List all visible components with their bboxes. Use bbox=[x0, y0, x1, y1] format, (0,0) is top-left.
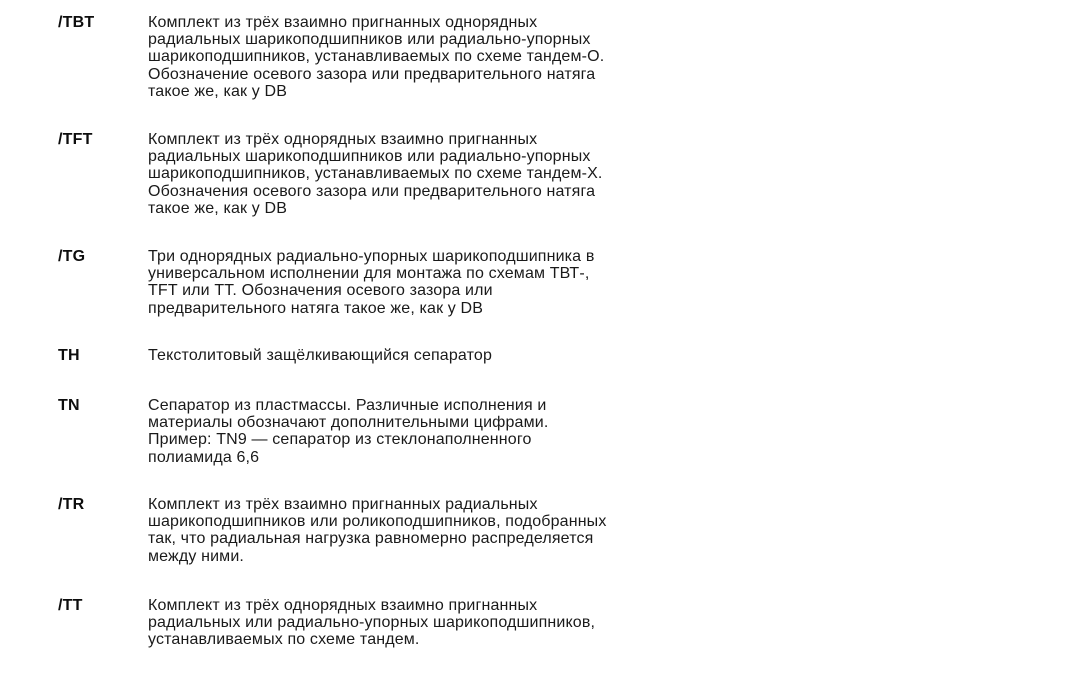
description-line: такое же, как у DB bbox=[148, 200, 728, 217]
designation-code: /TR bbox=[58, 496, 84, 513]
description-line: универсальном исполнении для монтажа по … bbox=[148, 265, 728, 282]
description-line: полиамида 6,6 bbox=[148, 449, 728, 466]
designation-code: /TFT bbox=[58, 131, 93, 148]
description-line: такое же, как у DB bbox=[148, 83, 728, 100]
designation-code: TH bbox=[58, 347, 80, 364]
description-line: так, что радиальная нагрузка равномерно … bbox=[148, 530, 728, 547]
description-line: материалы обозначают дополнительными циф… bbox=[148, 414, 728, 431]
description-line: Комплект из трёх однорядных взаимно приг… bbox=[148, 597, 728, 614]
description-line: Обозначения осевого зазора или предварит… bbox=[148, 183, 728, 200]
designation-code: /TT bbox=[58, 597, 83, 614]
description-line: Три однорядных радиально-упорных шарикоп… bbox=[148, 248, 728, 265]
description-line: Пример: TN9 — сепаратор из стеклонаполне… bbox=[148, 431, 728, 448]
designation-code: /TG bbox=[58, 248, 85, 265]
designation-description: Комплект из трёх однорядных взаимно приг… bbox=[148, 597, 728, 649]
designation-description: Текстолитовый защёлкивающийся сепаратор bbox=[148, 347, 728, 364]
description-line: шарикоподшипников, устанавливаемых по сх… bbox=[148, 48, 728, 65]
description-line: Комплект из трёх взаимно пригнанных одно… bbox=[148, 14, 728, 31]
designation-description: Сепаратор из пластмассы. Различные испол… bbox=[148, 397, 728, 466]
description-line: Обозначение осевого зазора или предварит… bbox=[148, 66, 728, 83]
description-line: радиальных шарикоподшипников или радиаль… bbox=[148, 148, 728, 165]
designation-description: Три однорядных радиально-упорных шарикоп… bbox=[148, 248, 728, 317]
designation-description: Комплект из трёх взаимно пригнанных одно… bbox=[148, 14, 728, 100]
description-line: шарикоподшипников или роликоподшипников,… bbox=[148, 513, 728, 530]
description-line: Сепаратор из пластмассы. Различные испол… bbox=[148, 397, 728, 414]
designation-description: Комплект из трёх взаимно пригнанных ради… bbox=[148, 496, 728, 565]
designation-code: /TBT bbox=[58, 14, 94, 31]
description-line: радиальных или радиально-упорных шарикоп… bbox=[148, 614, 728, 631]
designation-list: /TBT Комплект из трёх взаимно пригнанных… bbox=[0, 0, 1080, 676]
description-line: TFT или ТТ. Обозначения осевого зазора и… bbox=[148, 282, 728, 299]
description-line: радиальных шарикоподшипников или радиаль… bbox=[148, 31, 728, 48]
description-line: между ними. bbox=[148, 548, 728, 565]
designation-code: TN bbox=[58, 397, 80, 414]
description-line: шарикоподшипников, устанавливаемых по сх… bbox=[148, 165, 728, 182]
description-line: Текстолитовый защёлкивающийся сепаратор bbox=[148, 347, 728, 364]
designation-description: Комплект из трёх однорядных взаимно приг… bbox=[148, 131, 728, 217]
description-line: предварительного натяга такое же, как у … bbox=[148, 300, 728, 317]
description-line: Комплект из трёх однорядных взаимно приг… bbox=[148, 131, 728, 148]
description-line: Комплект из трёх взаимно пригнанных ради… bbox=[148, 496, 728, 513]
description-line: устанавливаемых по схеме тандем. bbox=[148, 631, 728, 648]
